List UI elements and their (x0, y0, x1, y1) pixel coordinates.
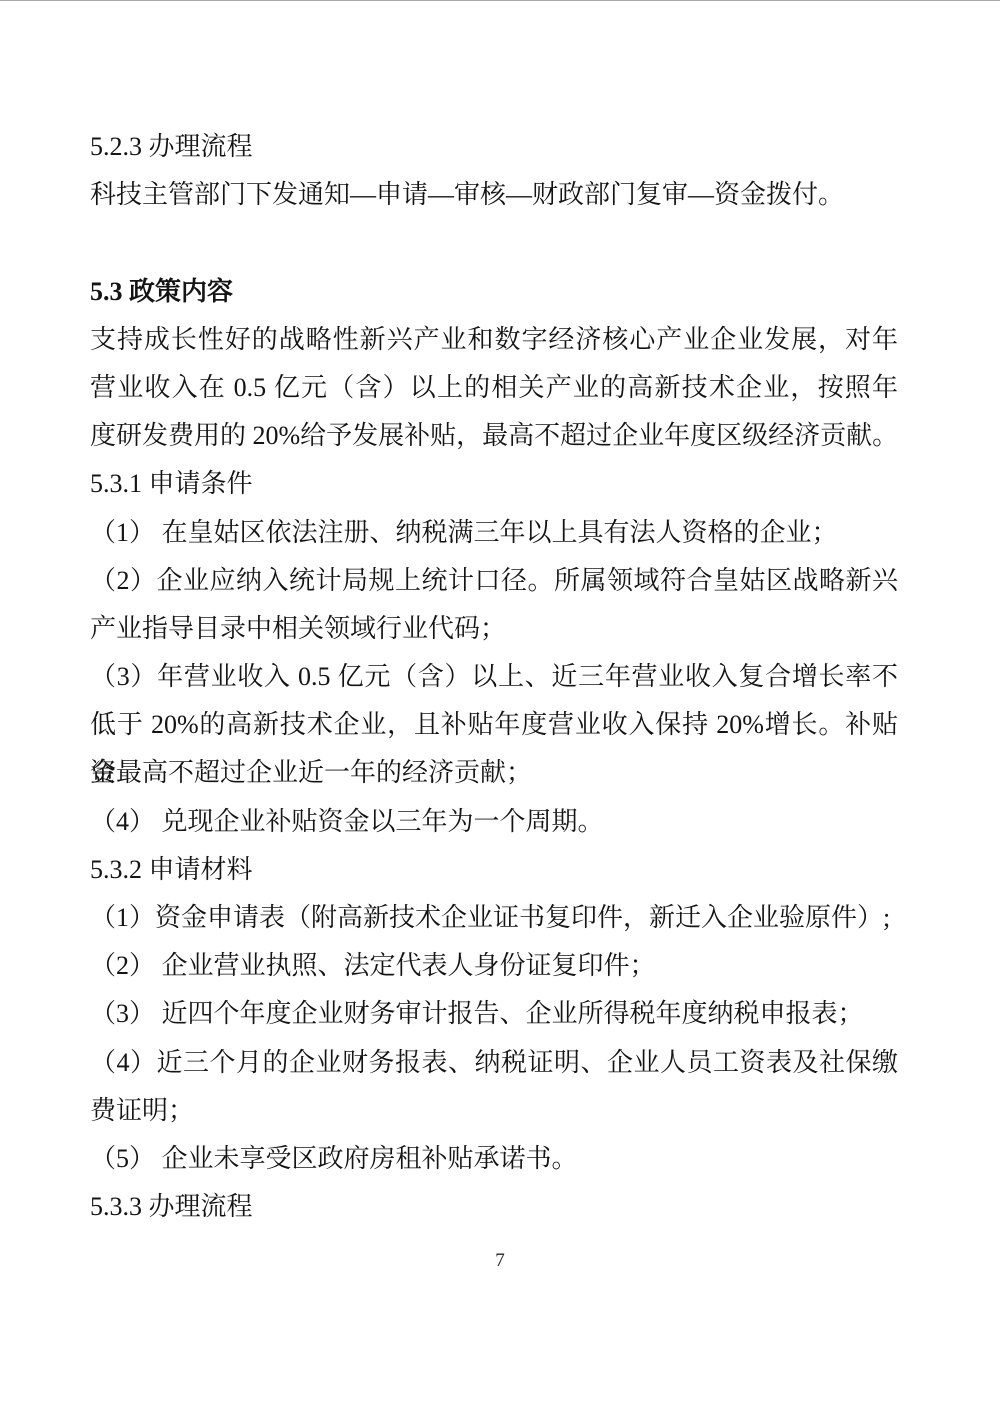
document-body: 5.2.3 办理流程 科技主管部门下发通知—申请—审核—财政部门复审—资金拨付。… (90, 123, 898, 1231)
list-item-line: 低于 20%的高新技术企业，且补贴年度营业收入保持 20%增长。补贴资 (90, 701, 898, 749)
list-item-line: （1）资金申请表（附高新技术企业证书复印件，新迁入企业验原件）; (90, 894, 898, 942)
list-item-line: 费证明； (90, 1087, 898, 1135)
body-line: 支持成长性好的战略性新兴产业和数字经济核心产业企业发展，对年 (90, 316, 898, 364)
list-item-line: （3）年营业收入 0.5 亿元（含）以上、近三年营业收入复合增长率不 (90, 653, 898, 701)
list-item-line: 金最高不超过企业近一年的经济贡献； (90, 749, 898, 797)
list-item-line: （2） 企业营业执照、法定代表人身份证复印件； (90, 942, 898, 990)
heading-5-3-2: 5.3.2 申请材料 (90, 846, 898, 894)
list-item-line: （4）近三个月的企业财务报表、纳税证明、企业人员工资表及社保缴 (90, 1039, 898, 1087)
heading-5-3-3: 5.3.3 办理流程 (90, 1183, 898, 1231)
list-item-line: （5） 企业未享受区政府房租补贴承诺书。 (90, 1135, 898, 1183)
body-line: 度研发费用的 20%给予发展补贴，最高不超过企业年度区级经济贡献。 (90, 412, 898, 460)
list-item-line: （3） 近四个年度企业财务审计报告、企业所得税年度纳税申报表； (90, 990, 898, 1038)
body-line: 科技主管部门下发通知—申请—审核—财政部门复审—资金拨付。 (90, 171, 898, 219)
heading-5-3-1: 5.3.1 申请条件 (90, 460, 898, 508)
list-item-line: （1） 在皇姑区依法注册、纳税满三年以上具有法人资格的企业； (90, 509, 898, 557)
heading-5-2-3: 5.2.3 办理流程 (90, 123, 898, 171)
blank-line (90, 219, 898, 267)
list-item-line: （4） 兑现企业补贴资金以三年为一个周期。 (90, 798, 898, 846)
list-item-line: 产业指导目录中相关领域行业代码； (90, 605, 898, 653)
document-page: { "document": { "lines": [ { "text": "5.… (0, 0, 1000, 1413)
list-item-line: （2）企业应纳入统计局规上统计口径。所属领域符合皇姑区战略新兴 (90, 557, 898, 605)
page-number: 7 (0, 1247, 1000, 1275)
page-top-edge (0, 0, 1000, 1)
body-line: 营业收入在 0.5 亿元（含）以上的相关产业的高新技术企业，按照年 (90, 364, 898, 412)
heading-5-3: 5.3 政策内容 (90, 268, 898, 316)
